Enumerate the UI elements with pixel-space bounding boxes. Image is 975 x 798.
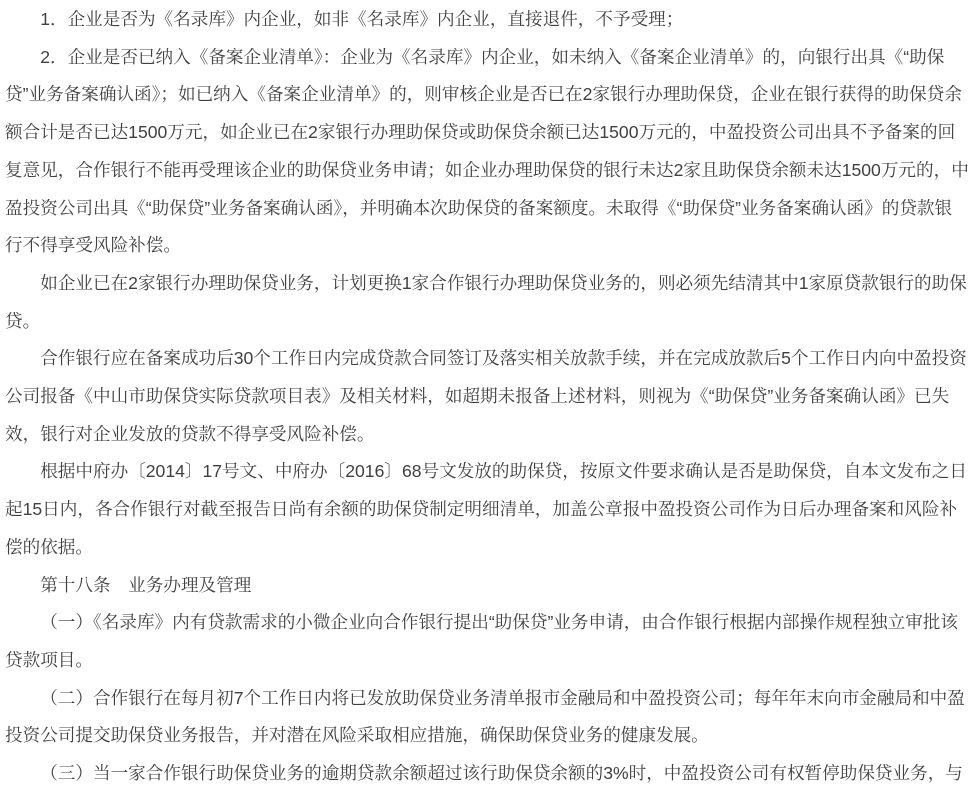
document-body: 1．企业是否为《名录库》内企业，如非《名录库》内企业，直接退件，不予受理； 2．… xyxy=(0,0,975,798)
section-heading: 第十八条 业务办理及管理 xyxy=(5,567,969,605)
paragraph: 根据中府办〔2014〕17号文、中府办〔2016〕68号文发放的助保贷，按原文件… xyxy=(5,453,969,566)
paragraph: 合作银行应在备案成功后30个工作日内完成贷款合同签订及落实相关放款手续，并在完成… xyxy=(5,340,969,453)
paragraph: 如企业已在2家银行办理助保贷业务，计划更换1家合作银行办理助保贷业务的，则必须先… xyxy=(5,265,969,340)
paragraph: （三）当一家合作银行助保贷业务的逾期贷款余额超过该行助保贷余额的3%时，中盈投资… xyxy=(5,755,969,793)
paragraph: 1．企业是否为《名录库》内企业，如非《名录库》内企业，直接退件，不予受理； xyxy=(5,1,969,39)
paragraph: （一）《名录库》内有贷款需求的小微企业向合作银行提出“助保贷”业务申请，由合作银… xyxy=(5,604,969,679)
paragraph: （二）合作银行在每月初7个工作日内将已发放助保贷业务清单报市金融局和中盈投资公司… xyxy=(5,680,969,755)
paragraph: 2．企业是否已纳入《备案企业清单》：企业为《名录库》内企业，如未纳入《备案企业清… xyxy=(5,39,969,265)
